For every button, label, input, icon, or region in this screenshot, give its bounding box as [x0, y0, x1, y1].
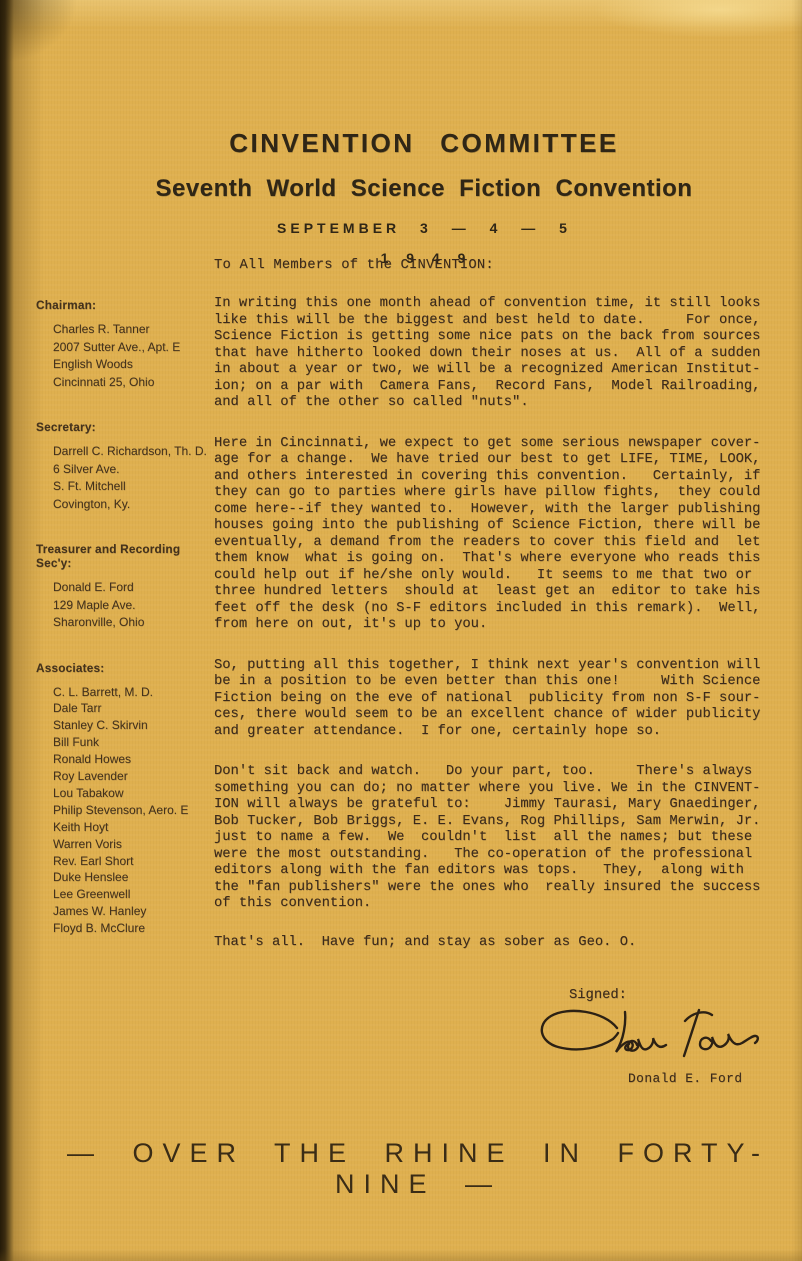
letter-body: In writing this one month ahead of conve… [214, 296, 782, 975]
sidebar-label-treasurer: Treasurer and Recording Sec'y: [36, 542, 216, 570]
paragraph-2: Here in Cincinnati, we expect to get som… [214, 436, 782, 634]
paragraph-4: Don't sit back and watch. Do your part, … [214, 764, 782, 913]
committee-sidebar: Chairman: Charles R. Tanner 2007 Sutter … [36, 298, 216, 966]
sidebar-address-treasurer: Donald E. Ford 129 Maple Ave. Sharonvill… [53, 579, 216, 632]
event-dates: SEPTEMBER 3 — 4 — 5 [104, 220, 744, 236]
letter-page: CINVENTION COMMITTEE Seventh World Scien… [0, 0, 802, 1261]
salutation: To All Members of the CINVENTION: [214, 258, 494, 273]
typed-signature-name: Donald E. Ford [628, 1071, 743, 1086]
letterhead: CINVENTION COMMITTEE Seventh World Scien… [104, 128, 744, 266]
sidebar-section-associates: Associates: C. L. Barrett, M. D. Dale Ta… [36, 661, 216, 938]
top-left-corner-shadow [0, 0, 110, 90]
sidebar-section-treasurer: Treasurer and Recording Sec'y: Donald E.… [36, 542, 216, 632]
signed-label: Signed: [569, 988, 627, 1003]
sidebar-associates-list: C. L. Barrett, M. D. Dale Tarr Stanley C… [53, 684, 216, 938]
paragraph-1: In writing this one month ahead of conve… [214, 296, 782, 412]
page-subtitle: Seventh World Science Fiction Convention [104, 175, 744, 203]
sidebar-section-secretary: Secretary: Darrell C. Richardson, Th. D.… [36, 420, 216, 513]
sidebar-label-secretary: Secretary: [36, 420, 216, 434]
sidebar-label-chairman: Chairman: [36, 298, 216, 312]
bottom-edge-shadow [0, 1249, 802, 1261]
closing-line: That's all. Have fun; and stay as sober … [214, 935, 782, 952]
right-edge-shadow [792, 0, 802, 1261]
sidebar-address-secretary: Darrell C. Richardson, Th. D. 6 Silver A… [53, 443, 216, 513]
paragraph-3: So, putting all this together, I think n… [214, 658, 782, 741]
signature-script [538, 1004, 770, 1070]
sidebar-address-chairman: Charles R. Tanner 2007 Sutter Ave., Apt.… [53, 321, 216, 391]
footer-banner: — OVER THE RHINE IN FORTY-NINE — [0, 1138, 802, 1200]
page-title: CINVENTION COMMITTEE [104, 128, 744, 159]
sidebar-section-chairman: Chairman: Charles R. Tanner 2007 Sutter … [36, 298, 216, 391]
sidebar-label-associates: Associates: [36, 661, 216, 675]
